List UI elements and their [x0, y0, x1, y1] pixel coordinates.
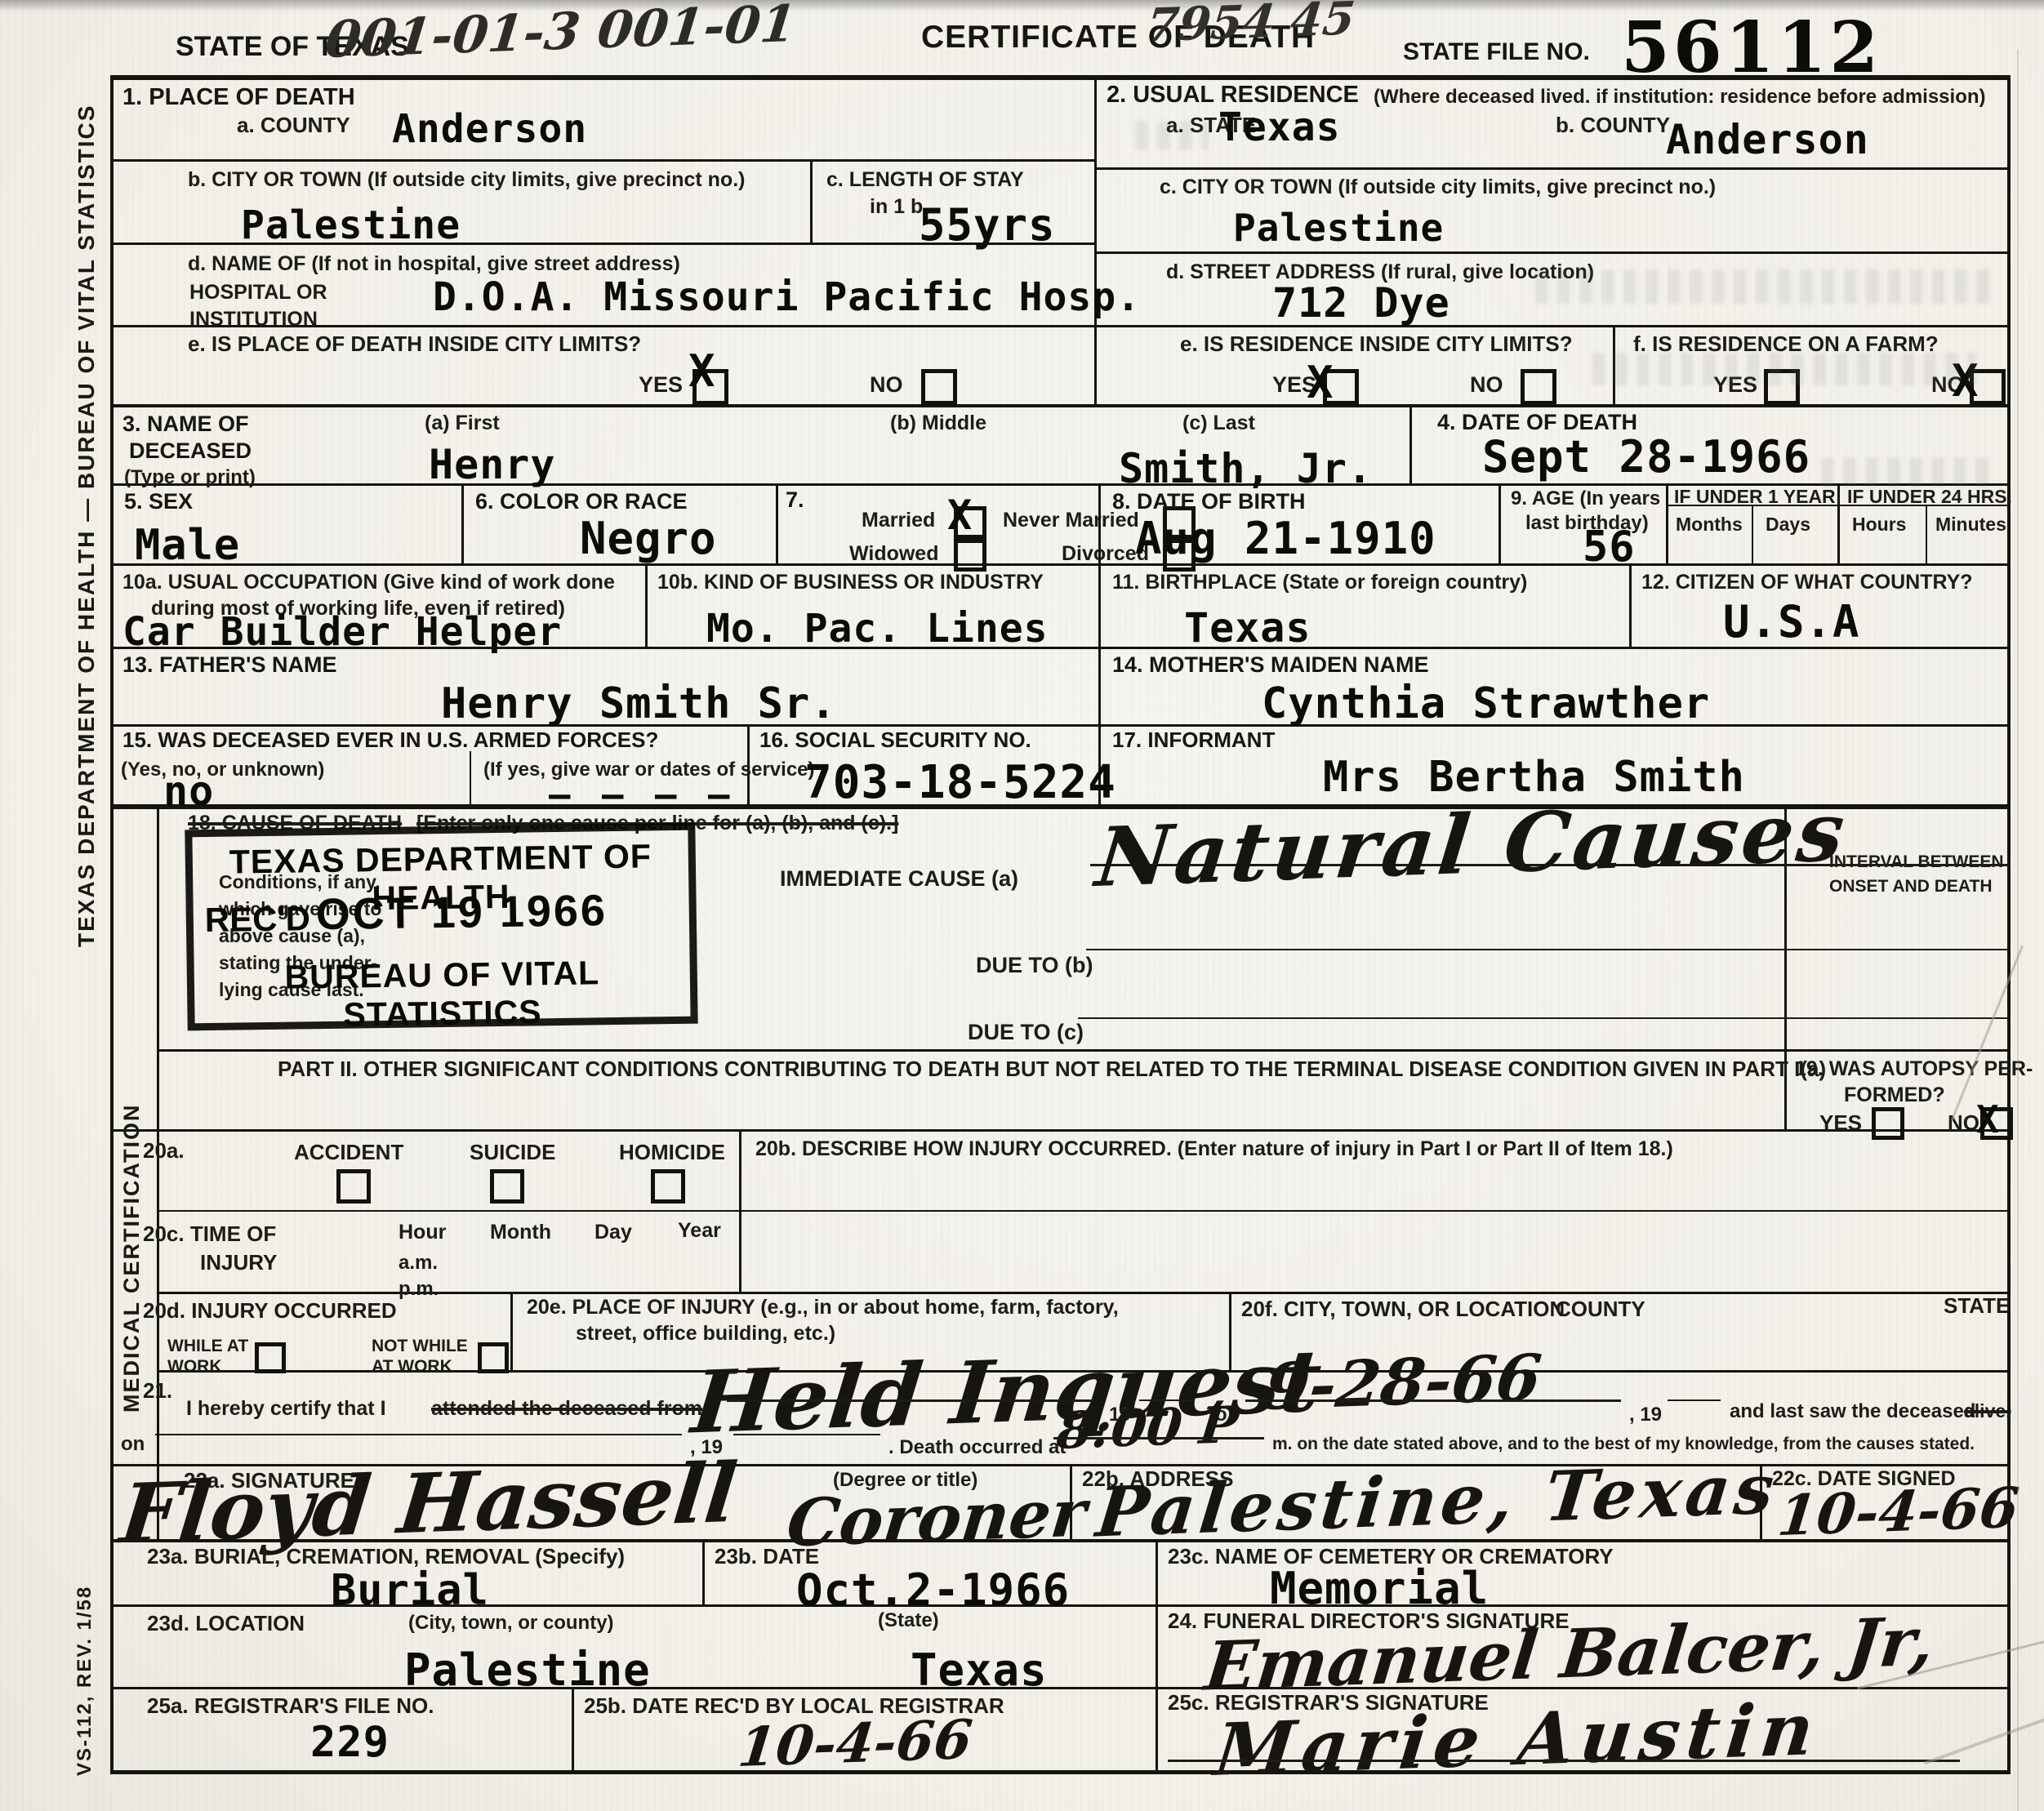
suicide-label: SUICIDE [470, 1141, 555, 1164]
sex-value: Male [135, 521, 240, 570]
informant-label: 17. INFORMANT [1112, 729, 1275, 751]
death-limits-no-checkbox [921, 369, 957, 405]
divider [739, 1129, 741, 1293]
accident-section-label: 20a. [143, 1140, 185, 1162]
handwritten-file-numbers: 7954 45 [1144, 0, 1357, 52]
first-name-label: (a) First [425, 412, 500, 434]
x-mark-icon: X [1976, 1101, 1999, 1138]
color-or-race-label: 6. COLOR OR RACE [475, 490, 688, 513]
residence-city-limits-label: e. IS RESIDENCE INSIDE CITY LIMITS? [1180, 333, 1573, 355]
certify-line [1668, 1399, 1721, 1401]
marital-status-label: 7. [786, 488, 804, 511]
interval-label-1: INTERVAL BETWEEN [1829, 853, 2004, 871]
divider [645, 563, 648, 648]
accident-checkbox [336, 1169, 371, 1204]
stamp-date: OCT 19 1966 [315, 885, 608, 940]
state-label: (State) [878, 1610, 939, 1631]
divider [1837, 483, 1840, 565]
place-of-death-county-value: Anderson [392, 106, 587, 152]
degree-handwritten: Coroner [783, 1475, 1089, 1562]
divider [110, 75, 2011, 80]
last-saw-text: and last saw the deceased [1730, 1401, 1975, 1422]
certify-line [727, 1399, 1094, 1402]
part-2-label: PART II. OTHER SIGNIFICANT CONDITIONS CO… [278, 1058, 1826, 1080]
date-to-handwritten: 9-28-66 [1261, 1341, 1544, 1425]
certify-text: I hereby certify that I [186, 1398, 386, 1419]
armed-forces-label: 15. WAS DECEASED EVER IN U.S. ARMED FORC… [122, 729, 658, 751]
stamp-bureau-line: BUREAU OF VITAL STATISTICS [194, 953, 691, 1036]
autopsy-label-1: 19. WAS AUTOPSY PER- [1795, 1058, 2033, 1079]
divider [572, 1687, 574, 1771]
hospital-name-label-3: INSTITUTION [189, 309, 318, 330]
date-of-birth-label: 8. DATE OF BIRTH [1112, 490, 1306, 513]
armed-forces-sub1: (Yes, no, or unknown) [121, 759, 324, 780]
cause-c-line [1078, 1017, 2009, 1019]
certify-tail-text: m. on the date stated above, and to the … [1272, 1435, 1975, 1453]
residence-city-label: c. CITY OR TOWN (If outside city limits,… [1160, 176, 1716, 198]
divider [1094, 167, 2011, 170]
city-or-town-label: b. CITY OR TOWN (If outside city limits,… [188, 169, 745, 190]
race-value: Negro [580, 513, 717, 564]
hours-label: Hours [1852, 514, 1906, 534]
not-while-at-work-checkbox [478, 1342, 509, 1373]
residence-county-value: Anderson [1666, 116, 1869, 163]
divider [1094, 251, 2011, 254]
date-of-birth-value: Aug 21-1910 [1135, 513, 1436, 564]
armed-forces-value: no [163, 768, 214, 815]
place-of-death-city-value: Palestine [241, 202, 461, 248]
divider [702, 1539, 705, 1605]
occupation-value: Car Builder Helper [122, 609, 562, 655]
homicide-checkbox [651, 1169, 685, 1204]
autopsy-label-2: FORMED? [1844, 1084, 1945, 1106]
months-label: Months [1676, 514, 1743, 534]
name-of-deceased-label: 3. NAME OF [122, 412, 249, 435]
x-mark-icon: X [1307, 361, 1334, 405]
due-to-c-label: DUE TO (c) [968, 1021, 1084, 1043]
paper-edge [2017, 49, 2019, 1811]
certify-line [1245, 1399, 1621, 1402]
not-while-at-work-label-2: AT WORK [372, 1358, 452, 1376]
days-label: Days [1766, 514, 1810, 534]
burial-city-value: Palestine [404, 1644, 651, 1696]
divider [157, 1210, 2011, 1212]
usual-residence-paren: (Where deceased lived. if institution: r… [1374, 87, 1986, 107]
due-to-b-label: DUE TO (b) [976, 954, 1093, 977]
if-under-24-hrs-label: IF UNDER 24 HRS. [1847, 487, 2012, 506]
divider [157, 1049, 2011, 1052]
divider [510, 1292, 513, 1371]
received-stamp: TEXAS DEPARTMENT OF HEALTH REC'D OCT 19 … [185, 823, 697, 1031]
ghost-smudge [1135, 121, 1209, 150]
date-signed-handwritten: 10-4-66 [1775, 1475, 2022, 1549]
last-name-value: Smith, Jr. [1119, 445, 1373, 492]
am-label: a.m. [399, 1253, 438, 1273]
residence-limits-no-label: NO [1470, 373, 1503, 396]
first-name-value: Henry [429, 441, 556, 488]
describe-injury-label: 20b. DESCRIBE HOW INJURY OCCURRED. (Ente… [755, 1138, 1673, 1159]
date-recd-value: 10-4-66 [735, 1707, 975, 1779]
month-label: Month [490, 1221, 551, 1243]
divider [1498, 483, 1501, 565]
widowed-label: Widowed [849, 543, 939, 564]
divider [110, 75, 114, 1773]
burial-location-label: 23d. LOCATION [147, 1613, 305, 1635]
citizen-label: 12. CITIZEN OF WHAT COUNTRY? [1641, 572, 1973, 593]
registrar-signature-line [1168, 1760, 1960, 1762]
divider [1098, 563, 1101, 648]
birthplace-value: Texas [1184, 604, 1311, 652]
citizen-value: U.S.A [1723, 596, 1860, 647]
minutes-label: Minutes [1935, 514, 2006, 534]
immediate-cause-label: IMMEDIATE CAUSE (a) [780, 867, 1018, 890]
hospital-name-label-2: HOSPITAL OR [189, 282, 327, 303]
street-address-value: 712 Dye [1272, 279, 1450, 327]
state-file-no-label: STATE FILE NO. [1403, 39, 1590, 65]
divider [110, 325, 2011, 327]
certify-line [155, 1434, 682, 1435]
cemetery-value: Memorial [1270, 1563, 1489, 1614]
while-at-work-label-2: WORK [167, 1358, 222, 1376]
certify-line [733, 1434, 880, 1435]
ghost-smudge [1821, 457, 1993, 487]
residence-state-value: Texas [1218, 105, 1341, 150]
ghost-smudge [1592, 353, 1976, 385]
age-label: 9. AGE (In years [1511, 488, 1660, 509]
not-while-at-work-label: NOT WHILE [372, 1337, 468, 1355]
accident-label: ACCIDENT [294, 1141, 403, 1164]
while-at-work-checkbox [255, 1342, 286, 1373]
married-label: Married [862, 509, 935, 531]
divider [110, 1129, 2011, 1132]
time-of-injury-label: 20c. TIME OF [143, 1223, 276, 1245]
death-limits-no-label: NO [870, 373, 903, 396]
place-of-death-title: 1. PLACE OF DEATH [122, 85, 355, 109]
burial-state-value: Texas [911, 1644, 1048, 1696]
residence-city-value: Palestine [1233, 206, 1444, 250]
divider [1926, 505, 1927, 565]
ghost-smudge [1535, 269, 1993, 304]
registrar-file-no-value: 229 [310, 1718, 390, 1767]
divider [110, 404, 2011, 407]
injury-county-label: COUNTY [1556, 1298, 1645, 1320]
certify-struck-text: attended the deceased from [431, 1398, 702, 1419]
divider [776, 483, 778, 565]
divider [110, 159, 1094, 162]
death-occurred-label: . Death occurred at [888, 1437, 1066, 1457]
day-label: Day [594, 1221, 632, 1243]
divider [1098, 647, 1101, 726]
certify-line [1053, 1437, 1264, 1439]
x-mark-icon: X [947, 495, 972, 536]
mothers-maiden-name-label: 14. MOTHER'S MAIDEN NAME [1112, 653, 1428, 676]
hospital-name-label: d. NAME OF (If not in hospital, give str… [188, 253, 680, 274]
medical-certification-vertical-label: MEDICAL CERTIFICATION [119, 1053, 145, 1413]
injury-occurred-label: 20d. INJURY OCCURRED [143, 1300, 397, 1322]
fathers-name-label: 13. FATHER'S NAME [122, 653, 336, 676]
divider [110, 563, 2011, 566]
widowed-checkbox [954, 539, 986, 572]
burial-date-value: Oct.2-1966 [796, 1564, 1070, 1616]
divider [810, 159, 813, 245]
injury-city-label: 20f. CITY, TOWN, OR LOCATION [1241, 1298, 1565, 1320]
x-mark-icon: X [688, 349, 715, 394]
alive-struck-text: alive, [1964, 1401, 2011, 1421]
usual-residence-title: 2. USUAL RESIDENCE [1107, 82, 1359, 107]
time-of-injury-label-2: INJURY [200, 1252, 277, 1274]
residence-limits-no-checkbox [1521, 369, 1556, 405]
burial-cremation-label: 23a. BURIAL, CREMATION, REMOVAL (Specify… [147, 1546, 625, 1568]
certify-section-label: 21. [143, 1380, 172, 1402]
interval-label-2: ONSET AND DEATH [1829, 878, 1993, 896]
suicide-checkbox [490, 1169, 524, 1204]
divider [1666, 483, 1668, 565]
cause-b-line [1086, 949, 2009, 950]
agency-vertical-label: TEXAS DEPARTMENT OF HEALTH — BUREAU OF V… [73, 204, 100, 947]
residence-county-label: b. COUNTY [1556, 114, 1670, 136]
divider [1094, 75, 1097, 407]
divider [1156, 1539, 1158, 1772]
autopsy-yes-label: YES [1819, 1112, 1862, 1134]
stamp-recd-label: REC'D [205, 899, 311, 940]
while-at-work-label: WHILE AT [167, 1337, 248, 1355]
sex-label: 5. SEX [124, 490, 193, 513]
birthplace-label: 11. BIRTHPLACE (State or foreign country… [1112, 572, 1527, 593]
pm-label: p.m. [399, 1279, 439, 1299]
death-inside-city-limits-label: e. IS PLACE OF DEATH INSIDE CITY LIMITS? [188, 333, 641, 355]
hospital-value: D.O.A. Missouri Pacific Hosp. [433, 274, 1141, 320]
divider [110, 724, 2011, 727]
divider [1752, 505, 1753, 565]
death-limits-yes-label: YES [639, 373, 683, 396]
burial-value: Burial [331, 1566, 489, 1615]
deceased-label-2: DECEASED [129, 439, 252, 462]
injury-state-label: STATE [1944, 1295, 2010, 1317]
mothers-maiden-name-value: Cynthia Strawther [1262, 679, 1710, 728]
length-of-stay-value: 55yrs [919, 199, 1056, 251]
ssn-value: 703-18-5224 [804, 756, 1116, 809]
hour-label: Hour [399, 1221, 446, 1243]
date-of-death-value: Sept 28-1966 [1482, 431, 1810, 483]
divider [1409, 404, 1412, 486]
last-name-label: (c) Last [1182, 412, 1255, 434]
length-of-stay-label: c. LENGTH OF STAY [826, 169, 1024, 190]
homicide-label: HOMICIDE [619, 1141, 725, 1164]
year-label: Year [678, 1220, 721, 1241]
if-under-1-year-label: IF UNDER 1 YEAR [1674, 487, 1836, 506]
autopsy-yes-checkbox [1872, 1107, 1904, 1140]
time-of-death-handwritten: 8:00 P [1054, 1395, 1241, 1461]
fathers-name-value: Henry Smith Sr. [441, 679, 837, 728]
city-town-county-label: (City, town, or county) [408, 1613, 614, 1633]
divider [470, 751, 471, 806]
divider [461, 483, 464, 565]
divider [157, 804, 159, 1541]
form-revision-code: VS-112, REV. 1/58 [73, 1580, 96, 1776]
on-label: on [121, 1434, 145, 1454]
kind-of-business-label: 10b. KIND OF BUSINESS OR INDUSTRY [657, 572, 1044, 593]
county-label: a. COUNTY [237, 114, 350, 136]
place-of-injury-label: 20e. PLACE OF INJURY (e.g., in or about … [527, 1297, 1119, 1318]
type-or-print-label: (Type or print) [124, 467, 256, 487]
business-value: Mo. Pac. Lines [706, 606, 1049, 652]
service-dates-value: – – – – [549, 774, 734, 816]
divider [1629, 563, 1632, 648]
age-value: 56 [1583, 523, 1636, 572]
registrar-file-no-label: 25a. REGISTRAR'S FILE NO. [147, 1695, 434, 1717]
ssn-label: 16. SOCIAL SECURITY NO. [759, 729, 1031, 751]
year-blank-2: , 19 [1629, 1404, 1662, 1425]
usual-occupation-label: 10a. USUAL OCCUPATION (Give kind of work… [122, 572, 615, 593]
middle-name-label: (b) Middle [890, 412, 986, 434]
place-of-injury-label-2: street, office building, etc.) [576, 1323, 835, 1344]
